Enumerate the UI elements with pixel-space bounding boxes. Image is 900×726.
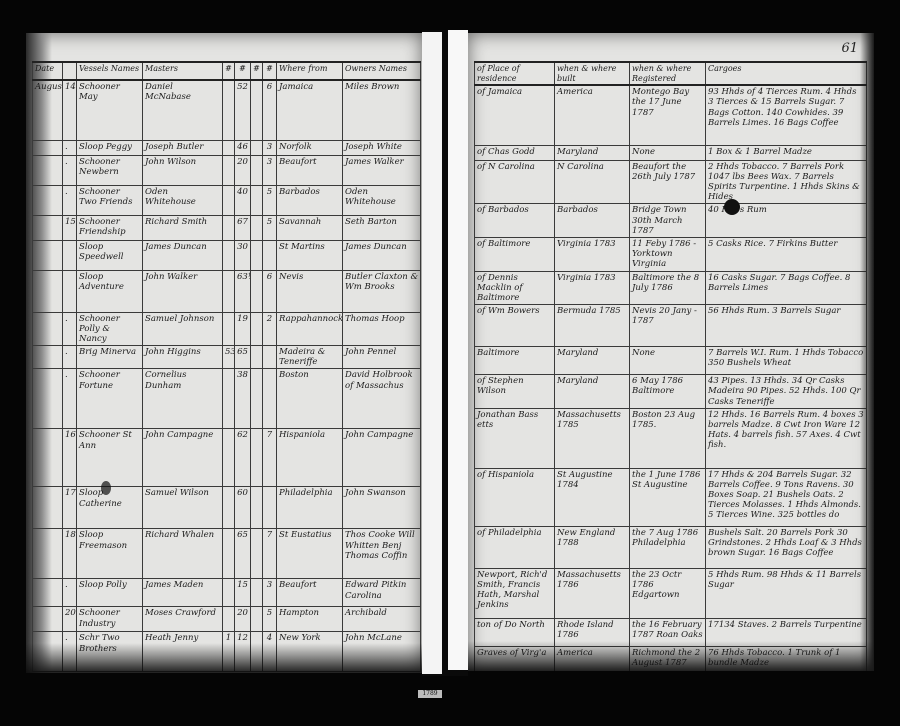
residence-cell: of Jamaica <box>475 85 555 145</box>
vessel-name-cell: Schooner Newbern <box>77 155 143 185</box>
date-day-cell: 20 <box>63 607 77 632</box>
table-row: .Sloop PollyJames Maden153BeaufortEdward… <box>33 579 421 607</box>
page-shadow <box>26 643 422 673</box>
date-month-cell <box>33 155 63 185</box>
owners-name-cell: James Duncan <box>343 240 421 270</box>
header-cargoes: Cargoes <box>706 62 867 85</box>
table-row: 17Sloop CatherineSamuel Wilson60Philadel… <box>33 487 421 529</box>
registered-cell: None <box>630 347 706 375</box>
vessel-name-cell: Schooner May <box>77 80 143 140</box>
date-month-cell <box>33 529 63 579</box>
header-built: when & where built <box>555 62 630 85</box>
master-name-cell: John Wilson <box>143 155 223 185</box>
tonnage-cell: 38 <box>235 369 251 429</box>
tonnage-cell: 65 <box>235 346 251 369</box>
cargo-cell: 12 Hhds. 16 Barrels Rum. 4 boxes 3 barre… <box>706 408 867 468</box>
ink-blot <box>724 199 740 215</box>
tonnage-cell: 20 <box>235 155 251 185</box>
col-a-cell <box>223 607 235 632</box>
tonnage-cell: 30 <box>235 240 251 270</box>
col-a-cell <box>223 529 235 579</box>
tonnage-cell: 65 <box>235 529 251 579</box>
registered-cell: 6 May 1786 Baltimore <box>630 375 706 409</box>
table-row: of JamaicaAmericaMontego Bay the 17 June… <box>475 85 867 145</box>
vessel-name-cell: Schooner Friendship <box>77 215 143 240</box>
col-a-cell <box>223 369 235 429</box>
date-month-cell <box>33 607 63 632</box>
header-owners: Owners Names <box>343 62 421 80</box>
col-c-cell <box>251 270 263 312</box>
vessel-name-cell: Sloop Polly <box>77 579 143 607</box>
page-shadow <box>468 641 874 671</box>
gutter-strip-left <box>422 32 442 674</box>
registered-cell: 11 Feby 1786 - Yorktown Virginia <box>630 238 706 272</box>
built-cell: Bermuda 1785 <box>555 305 630 347</box>
header-day <box>63 62 77 80</box>
tonnage-cell: 67 <box>235 215 251 240</box>
where-from-cell: Nevis <box>277 270 343 312</box>
master-name-cell: Cornelius Dunham <box>143 369 223 429</box>
residence-cell: Baltimore <box>475 347 555 375</box>
crew-count-cell <box>263 346 277 369</box>
date-day-cell: . <box>63 579 77 607</box>
date-month-cell: August <box>33 80 63 140</box>
ink-blot <box>101 481 111 495</box>
registered-cell: Beaufort the 26th July 1787 <box>630 160 706 204</box>
where-from-cell: Hampton <box>277 607 343 632</box>
residence-cell: of Baltimore <box>475 238 555 272</box>
col-c-cell <box>251 240 263 270</box>
crew-count-cell <box>263 369 277 429</box>
table-row: Sloop AdventureJohn Walker63½6NevisButle… <box>33 270 421 312</box>
where-from-cell: Boston <box>277 369 343 429</box>
owners-name-cell: Seth Barton <box>343 215 421 240</box>
book-gutter <box>422 30 468 676</box>
col-c-cell <box>251 140 263 155</box>
tonnage-cell: 62 <box>235 429 251 487</box>
col-c-cell <box>251 155 263 185</box>
owners-name-cell: David Holbrook of Massachus <box>343 369 421 429</box>
col-a-cell <box>223 140 235 155</box>
built-cell: N Carolina <box>555 160 630 204</box>
table-row: of HispaniolaSt Augustine 1784the 1 June… <box>475 468 867 526</box>
registered-cell: the 7 Aug 1786 Philadelphia <box>630 526 706 568</box>
built-cell: Massachusetts 1786 <box>555 568 630 618</box>
table-row: 18Sloop FreemasonRichard Whalen657St Eus… <box>33 529 421 579</box>
col-a-cell: 53 <box>223 346 235 369</box>
cargo-cell: 1 Box & 1 Barrel Madze <box>706 145 867 160</box>
table-row: .Brig MinervaJohn Higgins5365Madeira & T… <box>33 346 421 369</box>
header-where-from: Where from <box>277 62 343 80</box>
col-a-cell <box>223 579 235 607</box>
crew-count-cell <box>263 240 277 270</box>
registered-cell: Montego Bay the 17 June 1787 <box>630 85 706 145</box>
cargo-cell: 56 Hhds Rum. 3 Barrels Sugar <box>706 305 867 347</box>
owners-name-cell: Butler Claxton & Wm Brooks <box>343 270 421 312</box>
tonnage-cell: 19 <box>235 312 251 346</box>
date-day-cell <box>63 270 77 312</box>
date-day-cell: 18 <box>63 529 77 579</box>
built-cell: Virginia 1783 <box>555 271 630 305</box>
header-col-tons: # <box>235 62 251 80</box>
date-day-cell: 16 <box>63 429 77 487</box>
crew-count-cell <box>263 487 277 529</box>
crew-count-cell: 6 <box>263 270 277 312</box>
residence-cell: of Dennis Macklin of Baltimore <box>475 271 555 305</box>
residence-cell: Newport, Rich'd Smith, Francis Hath, Mar… <box>475 568 555 618</box>
vessel-name-cell: Schooner St Ann <box>77 429 143 487</box>
table-row: of Dennis Macklin of BaltimoreVirginia 1… <box>475 271 867 305</box>
date-month-cell <box>33 429 63 487</box>
where-from-cell: St Eustatius <box>277 529 343 579</box>
where-from-cell: Jamaica <box>277 80 343 140</box>
date-month-cell <box>33 312 63 346</box>
tonnage-cell: 46 <box>235 140 251 155</box>
vessel-name-cell: Brig Minerva <box>77 346 143 369</box>
col-c-cell <box>251 607 263 632</box>
owners-name-cell: John Campagne <box>343 429 421 487</box>
cargo-cell: Bushels Salt. 20 Barrels Pork 30 Grindst… <box>706 526 867 568</box>
master-name-cell: Richard Smith <box>143 215 223 240</box>
gutter-strip-right <box>448 30 468 670</box>
vessel-name-cell: Sloop Peggy <box>77 140 143 155</box>
where-from-cell: Hispaniola <box>277 429 343 487</box>
crew-count-cell: 5 <box>263 215 277 240</box>
date-day-cell <box>63 240 77 270</box>
col-c-cell <box>251 80 263 140</box>
owners-name-cell: Miles Brown <box>343 80 421 140</box>
table-row: of N CarolinaN CarolinaBeaufort the 26th… <box>475 160 867 204</box>
residence-cell: of Wm Bowers <box>475 305 555 347</box>
master-name-cell: John Higgins <box>143 346 223 369</box>
table-row: of Wm BowersBermuda 1785Nevis 20 Jany - … <box>475 305 867 347</box>
date-day-cell: . <box>63 185 77 215</box>
date-month-cell <box>33 185 63 215</box>
date-month-cell <box>33 140 63 155</box>
cargo-cell: 2 Hhds Tobacco. 7 Barrels Pork 1047 lbs … <box>706 160 867 204</box>
crew-count-cell: 2 <box>263 312 277 346</box>
crew-count-cell: 5 <box>263 607 277 632</box>
built-cell: Barbados <box>555 204 630 238</box>
header-master: Masters <box>143 62 223 80</box>
residence-cell: of Hispaniola <box>475 468 555 526</box>
owners-name-cell: Edward Pitkin Carolina <box>343 579 421 607</box>
master-name-cell: James Duncan <box>143 240 223 270</box>
vessel-name-cell: Sloop Catherine <box>77 487 143 529</box>
built-cell: St Augustine 1784 <box>555 468 630 526</box>
vessel-name-cell: Schooner Two Friends <box>77 185 143 215</box>
table-row: .Schooner Polly & NancySamuel Johnson192… <box>33 312 421 346</box>
crew-count-cell: 3 <box>263 579 277 607</box>
tonnage-cell: 20 <box>235 607 251 632</box>
table-row: Newport, Rich'd Smith, Francis Hath, Mar… <box>475 568 867 618</box>
owners-name-cell: Thomas Hoop <box>343 312 421 346</box>
registered-cell: the 23 Octr 1786 Edgartown <box>630 568 706 618</box>
col-a-cell <box>223 429 235 487</box>
table-row: of Chas GoddMarylandNone1 Box & 1 Barrel… <box>475 145 867 160</box>
master-name-cell: James Maden <box>143 579 223 607</box>
registered-cell: Bridge Town 30th March 1787 <box>630 204 706 238</box>
table-row: .Schooner NewbernJohn Wilson203BeaufortJ… <box>33 155 421 185</box>
master-name-cell: Samuel Wilson <box>143 487 223 529</box>
owners-name-cell: Thos Cooke Will Whitten Benj Thomas Coff… <box>343 529 421 579</box>
col-c-cell <box>251 369 263 429</box>
col-c-cell <box>251 312 263 346</box>
master-name-cell: Samuel Johnson <box>143 312 223 346</box>
master-name-cell: John Campagne <box>143 429 223 487</box>
where-from-cell: Norfolk <box>277 140 343 155</box>
date-day-cell: . <box>63 346 77 369</box>
crew-count-cell: 7 <box>263 529 277 579</box>
left-header-row: Date Vessels Names Masters # # # # Where… <box>33 62 421 80</box>
table-row: of BarbadosBarbadosBridge Town 30th Marc… <box>475 204 867 238</box>
owners-name-cell: Archibald <box>343 607 421 632</box>
master-name-cell: Joseph Butler <box>143 140 223 155</box>
residence-cell: Jonathan Bass etts <box>475 408 555 468</box>
registered-cell: Nevis 20 Jany - 1787 <box>630 305 706 347</box>
where-from-cell: St Martins <box>277 240 343 270</box>
col-c-cell <box>251 529 263 579</box>
vessel-name-cell: Sloop Speedwell <box>77 240 143 270</box>
cargo-cell: 5 Hhds Rum. 98 Hhds & 11 Barrels Sugar <box>706 568 867 618</box>
header-date: Date <box>33 62 63 80</box>
registered-cell: the 1 June 1786 St Augustine <box>630 468 706 526</box>
table-row: Sloop SpeedwellJames Duncan30St MartinsJ… <box>33 240 421 270</box>
header-vessel: Vessels Names <box>77 62 143 80</box>
date-month-cell <box>33 270 63 312</box>
col-a-cell <box>223 240 235 270</box>
date-month-cell <box>33 487 63 529</box>
table-row: 20Schooner IndustryMoses Crawford205Hamp… <box>33 607 421 632</box>
col-c-cell <box>251 185 263 215</box>
where-from-cell: Philadelphia <box>277 487 343 529</box>
cargo-cell: 93 Hhds of 4 Tierces Rum. 4 Hhds 3 Tierc… <box>706 85 867 145</box>
crew-count-cell: 6 <box>263 80 277 140</box>
right-ledger-table: of Place of residence when & where built… <box>474 61 867 671</box>
master-name-cell: Daniel McNabase <box>143 80 223 140</box>
table-row: 16Schooner St AnnJohn Campagne627Hispani… <box>33 429 421 487</box>
col-a-cell <box>223 215 235 240</box>
date-day-cell: 17 <box>63 487 77 529</box>
where-from-cell: Beaufort <box>277 155 343 185</box>
left-ledger-table: Date Vessels Names Masters # # # # Where… <box>32 61 421 672</box>
date-month-cell <box>33 215 63 240</box>
owners-name-cell: James Walker <box>343 155 421 185</box>
tonnage-cell: 60 <box>235 487 251 529</box>
crew-count-cell: 7 <box>263 429 277 487</box>
crew-count-cell: 3 <box>263 140 277 155</box>
table-row: BaltimoreMarylandNone7 Barrels W.I. Rum.… <box>475 347 867 375</box>
cargo-cell: 16 Casks Sugar. 7 Bags Coffee. 8 Barrels… <box>706 271 867 305</box>
master-name-cell: Oden Whitehouse <box>143 185 223 215</box>
residence-cell: of Stephen Wilson <box>475 375 555 409</box>
table-row: of Stephen WilsonMaryland6 May 1786 Balt… <box>475 375 867 409</box>
tonnage-cell: 15 <box>235 579 251 607</box>
col-a-cell <box>223 312 235 346</box>
where-from-cell: Rappahannock <box>277 312 343 346</box>
header-col-c: # <box>251 62 263 80</box>
date-day-cell: 14 <box>63 80 77 140</box>
residence-cell: of Barbados <box>475 204 555 238</box>
vessel-name-cell: Sloop Adventure <box>77 270 143 312</box>
date-day-cell: . <box>63 369 77 429</box>
table-row: .Sloop PeggyJoseph Butler463NorfolkJosep… <box>33 140 421 155</box>
residence-cell: of N Carolina <box>475 160 555 204</box>
master-name-cell: Richard Whalen <box>143 529 223 579</box>
table-row: of BaltimoreVirginia 178311 Feby 1786 - … <box>475 238 867 272</box>
owners-name-cell: John Swanson <box>343 487 421 529</box>
left-ledger-page: Date Vessels Names Masters # # # # Where… <box>26 33 422 673</box>
table-row: 15Schooner FriendshipRichard Smith675Sav… <box>33 215 421 240</box>
crew-count-cell: 5 <box>263 185 277 215</box>
col-c-cell <box>251 429 263 487</box>
col-c-cell <box>251 346 263 369</box>
cargo-cell: 5 Casks Rice. 7 Firkins Butter <box>706 238 867 272</box>
film-frame-label: 1789 <box>418 690 442 698</box>
date-day-cell: . <box>63 140 77 155</box>
built-cell: Massachusetts 1785 <box>555 408 630 468</box>
date-month-cell <box>33 240 63 270</box>
built-cell: New England 1788 <box>555 526 630 568</box>
table-row: .Schooner Two FriendsOden Whitehouse405B… <box>33 185 421 215</box>
col-c-cell <box>251 215 263 240</box>
col-c-cell <box>251 487 263 529</box>
table-row: August14Schooner MayDaniel McNabase526Ja… <box>33 80 421 140</box>
residence-cell: of Philadelphia <box>475 526 555 568</box>
residence-cell: of Chas Godd <box>475 145 555 160</box>
date-month-cell <box>33 369 63 429</box>
tonnage-cell: 63½ <box>235 270 251 312</box>
tonnage-cell: 52 <box>235 80 251 140</box>
date-month-cell <box>33 346 63 369</box>
vessel-name-cell: Schooner Polly & Nancy <box>77 312 143 346</box>
master-name-cell: John Walker <box>143 270 223 312</box>
built-cell: Maryland <box>555 145 630 160</box>
header-col-a: # <box>223 62 235 80</box>
registered-cell: Boston 23 Aug 1785. <box>630 408 706 468</box>
date-month-cell <box>33 579 63 607</box>
owners-name-cell: Joseph White <box>343 140 421 155</box>
master-name-cell: Moses Crawford <box>143 607 223 632</box>
table-row: .Schooner FortuneCornelius Dunham38Bosto… <box>33 369 421 429</box>
built-cell: Maryland <box>555 347 630 375</box>
tonnage-cell: 40 <box>235 185 251 215</box>
page-number: 61 <box>841 41 858 56</box>
table-row: Jonathan Bass ettsMassachusetts 1785Bost… <box>475 408 867 468</box>
col-a-cell <box>223 155 235 185</box>
header-residence: of Place of residence <box>475 62 555 85</box>
where-from-cell: Madeira & Teneriffe <box>277 346 343 369</box>
header-registered: when & where Registered <box>630 62 706 85</box>
date-day-cell: . <box>63 312 77 346</box>
header-col-crew: # <box>263 62 277 80</box>
vessel-name-cell: Schooner Fortune <box>77 369 143 429</box>
col-a-cell <box>223 487 235 529</box>
owners-name-cell: John Pennel <box>343 346 421 369</box>
where-from-cell: Savannah <box>277 215 343 240</box>
crew-count-cell: 3 <box>263 155 277 185</box>
where-from-cell: Beaufort <box>277 579 343 607</box>
owners-name-cell: Oden Whitehouse <box>343 185 421 215</box>
built-cell: Virginia 1783 <box>555 238 630 272</box>
vessel-name-cell: Schooner Industry <box>77 607 143 632</box>
right-header-row: of Place of residence when & where built… <box>475 62 867 85</box>
registered-cell: None <box>630 145 706 160</box>
cargo-cell: 17 Hhds & 204 Barrels Sugar. 32 Barrels … <box>706 468 867 526</box>
right-ledger-page: 61 of Place of residence when & where bu… <box>468 33 874 671</box>
date-day-cell: 15 <box>63 215 77 240</box>
registered-cell: Baltimore the 8 July 1786 <box>630 271 706 305</box>
built-cell: Maryland <box>555 375 630 409</box>
col-a-cell <box>223 80 235 140</box>
col-a-cell <box>223 185 235 215</box>
date-day-cell: . <box>63 155 77 185</box>
table-row: of PhiladelphiaNew England 1788the 7 Aug… <box>475 526 867 568</box>
col-c-cell <box>251 579 263 607</box>
cargo-cell: 7 Barrels W.I. Rum. 1 Hhds Tobacco 350 B… <box>706 347 867 375</box>
where-from-cell: Barbados <box>277 185 343 215</box>
col-a-cell <box>223 270 235 312</box>
vessel-name-cell: Sloop Freemason <box>77 529 143 579</box>
built-cell: America <box>555 85 630 145</box>
cargo-cell: 43 Pipes. 13 Hhds. 34 Qr Casks Madeira 9… <box>706 375 867 409</box>
